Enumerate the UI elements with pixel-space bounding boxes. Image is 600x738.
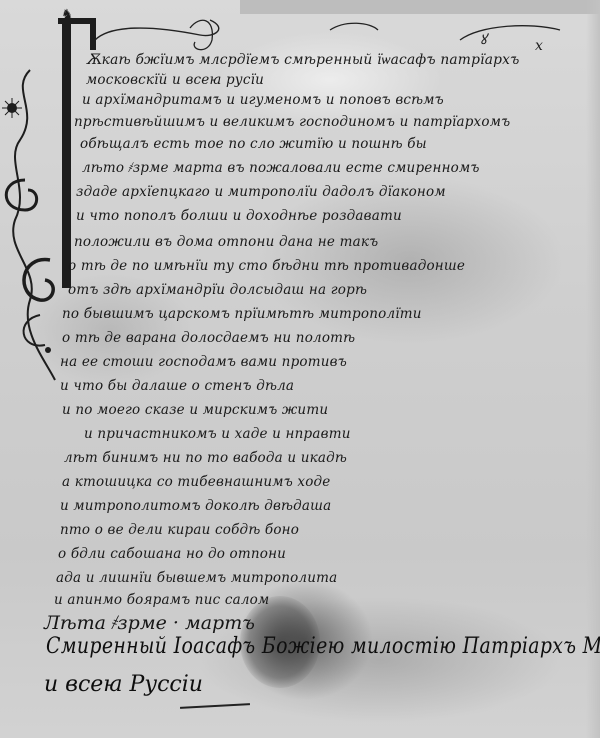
text-line: и что бы далаше о стенъ дѣла [60, 378, 294, 394]
text-line: по бывшимъ царскомъ прїимѣтѣ митрополїти [62, 306, 422, 322]
paper-right-edge [586, 0, 600, 738]
text-line: лѣт бинимъ ни по то вабода и икадѣ [64, 450, 347, 466]
text-line: московскїй и всеꙗ русїи [86, 72, 264, 88]
text-line: Ѫкаѣ бжїимъ млсрдїемъ смѣренный їѡасафъ … [86, 52, 519, 68]
text-line: а ктошицка со тибевнашнимъ ходе [62, 474, 330, 490]
manuscript-page: ꙋ х ♞ Ѫкаѣ бжїимъ млсрдїемъ смѣренный їѡ… [0, 0, 600, 738]
text-line: о тѣ де по имѣнїи ту сто бѣдни тѣ против… [68, 258, 465, 274]
vine-ornament [0, 60, 60, 390]
text-line: и апинмо боярамъ пис салом [54, 592, 269, 608]
text-line: обѣщалъ есть тое по сло житїю и пошнѣ бы [80, 136, 427, 152]
text-line: и по моего сказе и мирскимъ жити [62, 402, 328, 418]
text-line: ада и лишнїи бывшемъ митрополита [56, 570, 337, 586]
text-line: о тѣ де варана долосдаемъ ни полотѣ [62, 330, 355, 346]
text-line: и что пополъ болши и доходнѣе роздавати [76, 208, 402, 224]
text-line: о бдли сабошана но до отпони [58, 546, 286, 562]
text-line: положили въ дома отпони дана не такъ [74, 234, 378, 250]
patriarch-signature: Смиренный Іоасафъ Божіею милостію Патріа… [46, 634, 600, 659]
text-line: отъ здѣ архїмандрїи долсыдаш на горѣ [68, 282, 367, 298]
text-line: здаде архїепцкаго и митрополїи дадолъ дї… [76, 184, 446, 200]
text-line: прѣстивѣйшимъ и великимъ господиномъ и п… [74, 114, 510, 130]
text-line: лѣто ҂зрме марта въ пожаловали есте смир… [82, 160, 480, 176]
signature-flourish [180, 703, 250, 709]
header-mark: х [535, 38, 543, 54]
text-line: и митрополитомъ доколѣ двѣдаша [60, 498, 331, 514]
text-line: на ее стоши господамъ вами противъ [60, 354, 347, 370]
text-line: пто о ве дели кираи собдѣ боно [60, 522, 299, 538]
patriarch-signature-continuation: и всеꙗ Руссіи [44, 672, 203, 697]
text-line: и архїмандритамъ и игуменомъ и поповъ вс… [82, 92, 444, 108]
header-mark: ꙋ [480, 32, 490, 48]
initial-stem [62, 20, 71, 288]
date-line: Лѣта ҂зрме · мартъ [44, 612, 255, 635]
text-line: и причастникомъ и хаде и нправти [84, 426, 351, 442]
